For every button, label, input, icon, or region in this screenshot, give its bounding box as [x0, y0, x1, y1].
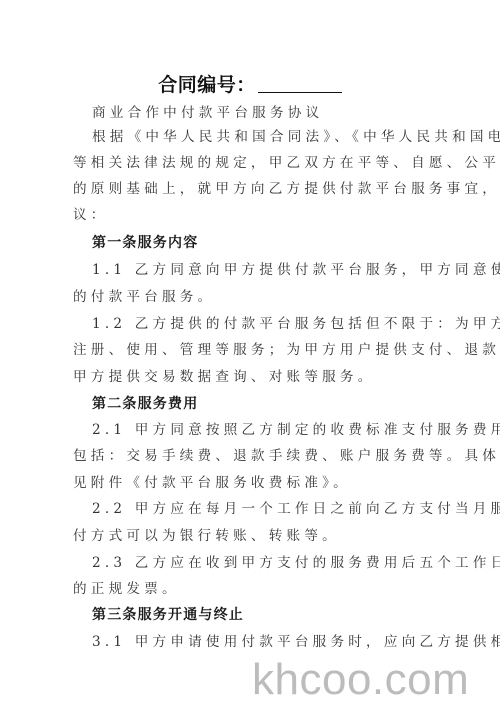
paragraph-line: 甲方提供交易数据查询、对账等服务。	[73, 364, 376, 391]
contract-number-blank	[258, 76, 342, 93]
paragraph-line: 的正规发票。	[73, 576, 180, 603]
paragraph-line: 2.1 甲方同意按照乙方制定的收费标准支付服务费用。服务费用	[92, 417, 500, 444]
paragraph-line: 包括：交易手续费、退款手续费、账户服务费等。具体收费标准详	[73, 443, 500, 470]
paragraph-line: 付方式可以为银行转账、转账等。	[73, 523, 340, 550]
paragraph-line: 见附件《付款平台服务收费标准》。	[73, 470, 351, 497]
paragraph-line: 1.2 乙方提供的付款平台服务包括但不限于：为甲方提供账户的	[92, 311, 500, 338]
document-page: 合同编号： 商业合作中付款平台服务协议 根据《中华人民共和国合同法》、《中华人民…	[0, 0, 500, 707]
paragraph-line: 注册、使用、管理等服务；为甲方用户提供支付、退款等服务；为	[73, 337, 500, 364]
section-heading-3: 第三条服务开通与终止	[92, 602, 244, 629]
paragraph-line: 议：	[73, 202, 109, 229]
paragraph-line: 等相关法律法规的规定，甲乙双方在平等、自愿、公平、诚实信用	[73, 150, 500, 177]
paragraph-line: 1.1 乙方同意向甲方提供付款平台服务，甲方同意使用乙方提供	[92, 257, 500, 284]
paragraph-line: 的原则基础上，就甲方向乙方提供付款平台服务事宜，达成如下协	[73, 176, 500, 203]
contract-number-title: 合同编号：	[0, 70, 500, 97]
paragraph-line: 3.1 甲方申请使用付款平台服务时，应向乙方提供相关资料，包	[92, 629, 500, 656]
section-heading-1: 第一条服务内容	[92, 230, 198, 257]
watermark-text: khcoo.com	[252, 655, 469, 705]
section-heading-2: 第二条服务费用	[92, 391, 198, 418]
title-label: 合同编号：	[158, 74, 256, 96]
paragraph-line: 的付款平台服务。	[73, 284, 215, 311]
paragraph-line: 2.2 甲方应在每月一个工作日之前向乙方支付当月服务费用。支	[92, 496, 500, 523]
paragraph-line: 2.3 乙方应在收到甲方支付的服务费用后五个工作日内出具相应	[92, 550, 500, 577]
doc-subtitle: 商业合作中付款平台服务协议	[92, 100, 323, 127]
paragraph-line: 根据《中华人民共和国合同法》、《中华人民共和国电子签名法》	[92, 124, 500, 151]
